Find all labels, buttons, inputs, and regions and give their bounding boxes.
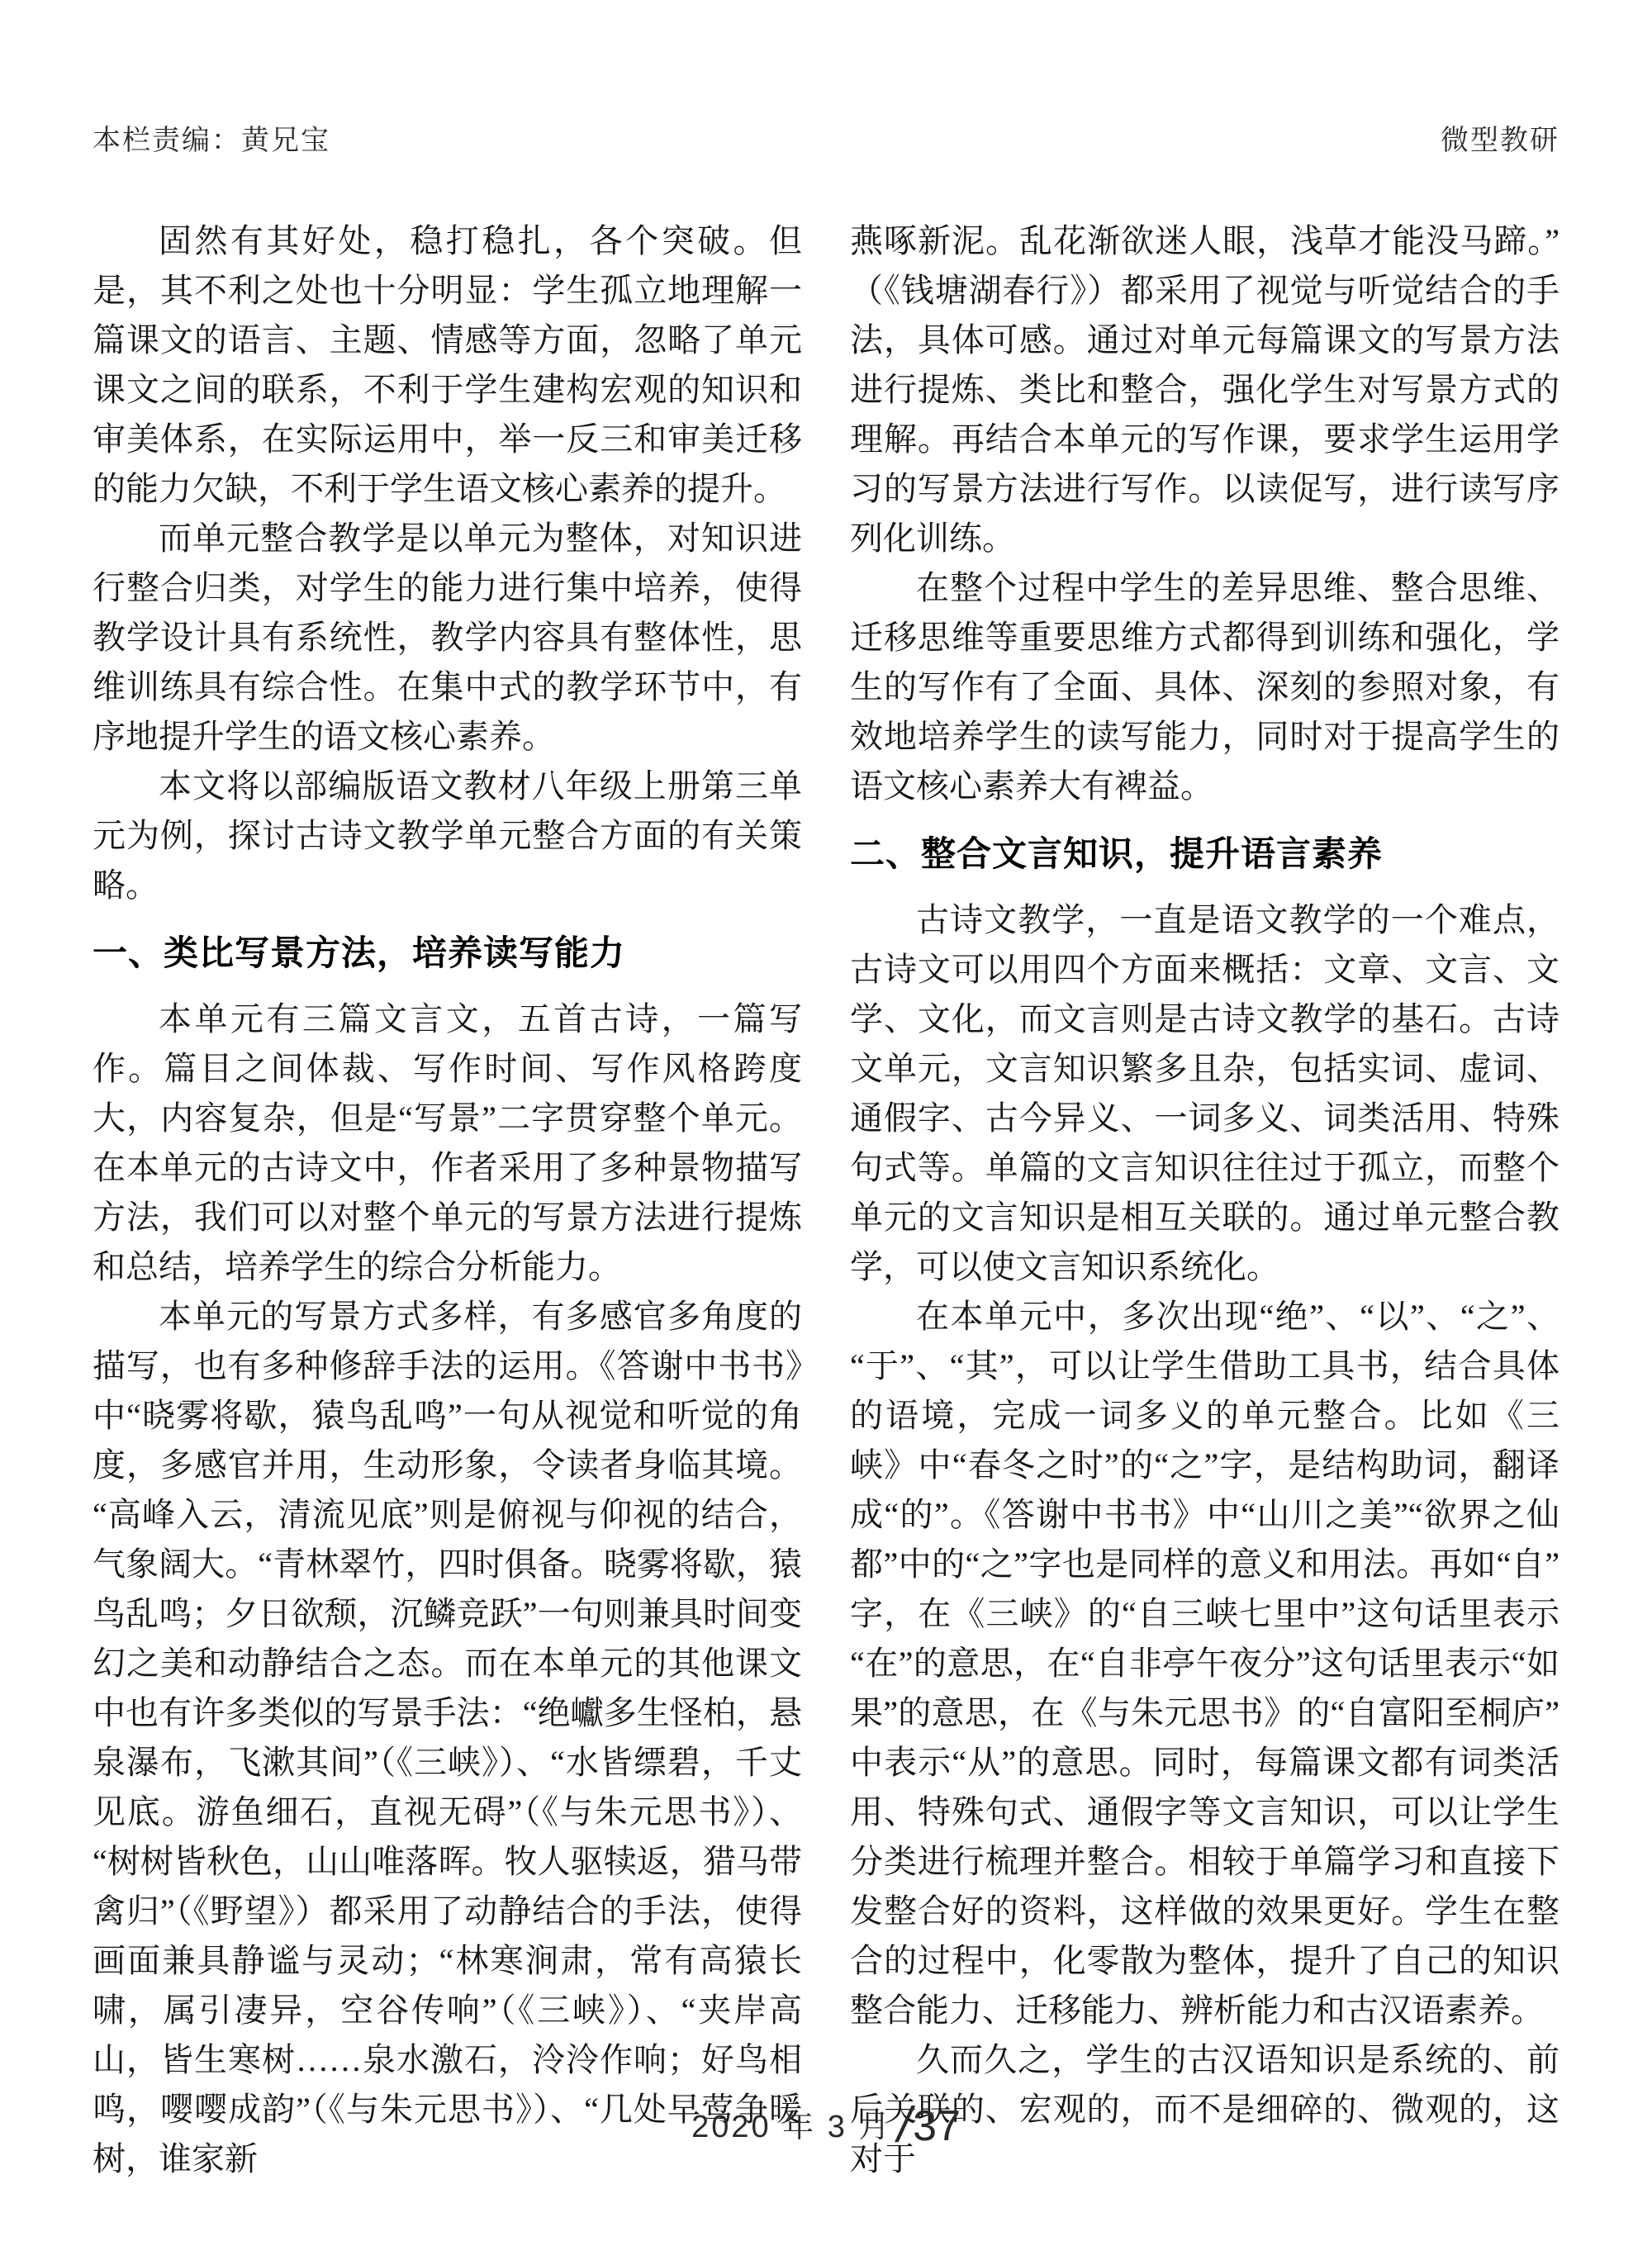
footer-date: 2020 年 3 月 bbox=[691, 2110, 892, 2144]
header-editor-credit: 本栏责编：黄兄宝 bbox=[93, 124, 330, 157]
running-header: 本栏责编：黄兄宝 微型教研 bbox=[0, 0, 1652, 157]
paragraph: 古诗文教学，一直是语文教学的一个难点，古诗文可以用四个方面来概括：文章、文言、文… bbox=[850, 895, 1559, 1292]
footer-page-number: 37 bbox=[913, 2101, 961, 2151]
paragraph: 在整个过程中学生的差异思维、整合思维、迁移思维等重要思维方式都得到训练和强化，学… bbox=[850, 563, 1559, 811]
paragraph: 本文将以部编版语文教材八年级上册第三单元为例，探讨古诗文教学单元整合方面的有关策… bbox=[93, 762, 802, 910]
paragraph: 本单元有三篇文言文，五首古诗，一篇写作。篇目之间体裁、写作时间、写作风格跨度大，… bbox=[93, 995, 802, 1292]
page-footer: 2020 年 3 月/37 bbox=[0, 2096, 1652, 2153]
two-column-body: 固然有其好处，稳打稳扎，各个突破。但是，其不利之处也十分明显：学生孤立地理解一篇… bbox=[0, 157, 1652, 2184]
paragraph: 而单元整合教学是以单元为整体，对知识进行整合归类，对学生的能力进行集中培养，使得… bbox=[93, 514, 802, 762]
header-column-title: 微型教研 bbox=[1441, 124, 1559, 157]
footer-slash: / bbox=[897, 2096, 911, 2153]
left-column: 固然有其好处，稳打稳扎，各个突破。但是，其不利之处也十分明显：学生孤立地理解一篇… bbox=[93, 216, 802, 2184]
paragraph: 在本单元中，多次出现“绝”、“以”、“之”、“于”、“其”，可以让学生借助工具书… bbox=[850, 1292, 1559, 2035]
journal-page: 本栏责编：黄兄宝 微型教研 固然有其好处，稳打稳扎，各个突破。但是，其不利之处也… bbox=[0, 0, 1652, 2241]
paragraph-continuation: 燕啄新泥。乱花渐欲迷人眼，浅草才能没马蹄。”（《钱塘湖春行》）都采用了视觉与听觉… bbox=[850, 216, 1559, 563]
section-heading-1: 一、类比写景方法，培养读写能力 bbox=[93, 928, 802, 978]
right-column: 燕啄新泥。乱花渐欲迷人眼，浅草才能没马蹄。”（《钱塘湖春行》）都采用了视觉与听觉… bbox=[850, 216, 1559, 2184]
paragraph: 本单元的写景方式多样，有多感官多角度的描写，也有多种修辞手法的运用。《答谢中书书… bbox=[93, 1292, 802, 2184]
section-heading-2: 二、整合文言知识，提升语言素养 bbox=[850, 829, 1559, 879]
paragraph: 固然有其好处，稳打稳扎，各个突破。但是，其不利之处也十分明显：学生孤立地理解一篇… bbox=[93, 216, 802, 514]
